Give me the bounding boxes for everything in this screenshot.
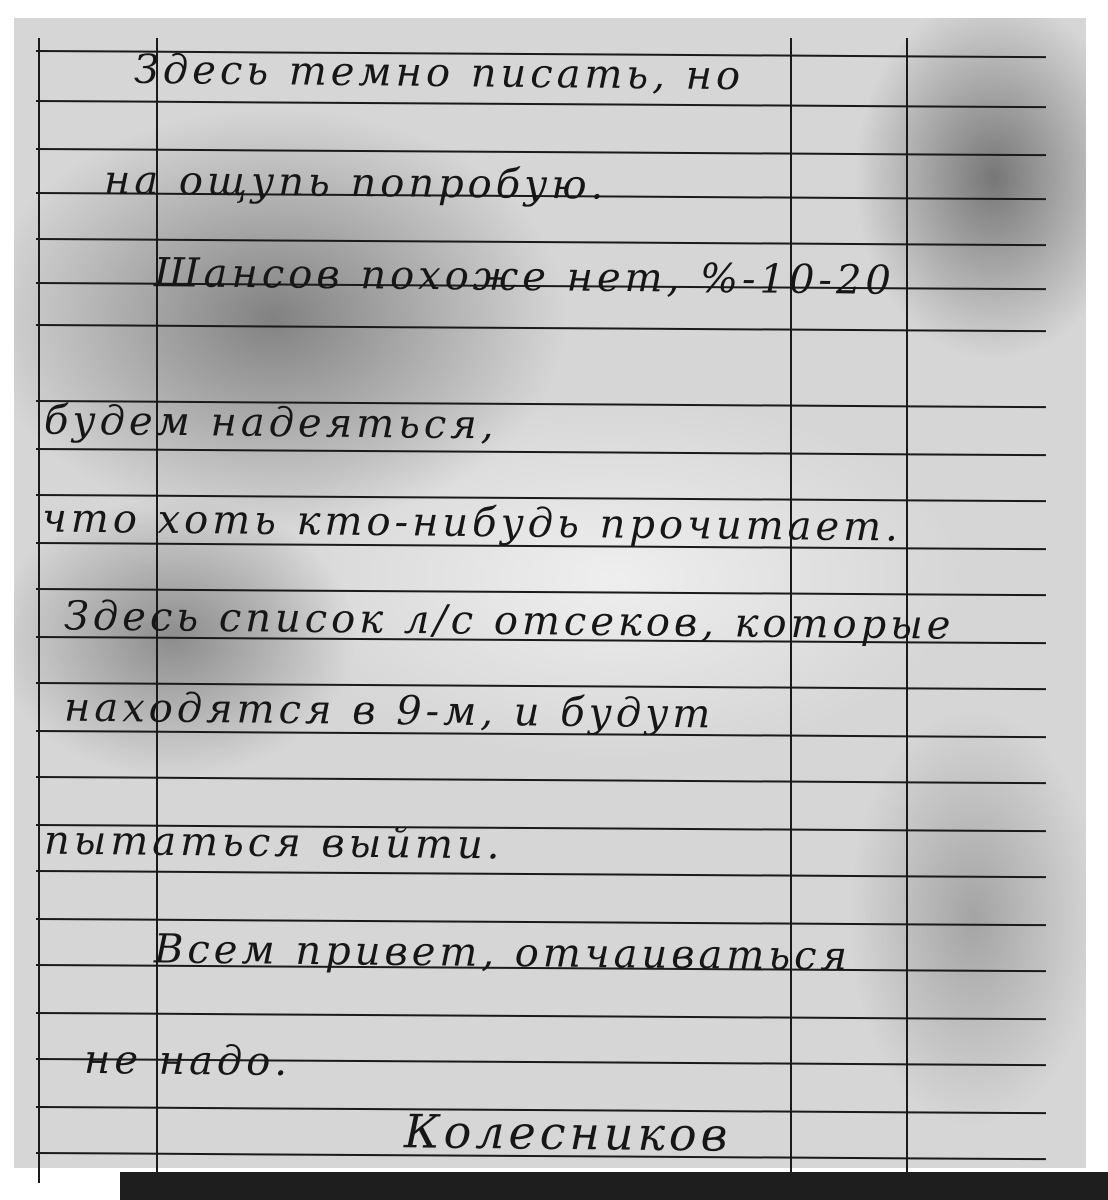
ruled-line (36, 100, 1046, 108)
note-line: будем надеяться, (44, 398, 498, 449)
photo-edge-shadow (120, 1172, 1108, 1200)
ruled-line (36, 870, 1046, 878)
ruled-line (36, 776, 1046, 784)
ruled-line (36, 1012, 1046, 1020)
note-line: Шансов похоже нет, %-10-20 (154, 250, 895, 304)
ruled-line (36, 918, 1046, 926)
note-line: Всем привет, отчаиваться (154, 926, 851, 979)
ruled-line (36, 238, 1046, 246)
ruled-line (36, 324, 1046, 332)
signature: Колесников (404, 1104, 732, 1161)
ruled-line (36, 448, 1046, 456)
note-line: пытаться выйти. (44, 818, 504, 869)
note-paper: Здесь темно писать, но на ощупь попробую… (14, 18, 1086, 1168)
note-line: Здесь темно писать, но (134, 47, 745, 99)
note-line: на ощупь попробую. (104, 157, 608, 208)
ruled-line (36, 148, 1046, 156)
note-line: что хоть кто-нибудь прочитает. (42, 495, 902, 550)
note-line: находятся в 9-м, и будут (64, 685, 715, 738)
margin-line (38, 38, 40, 1183)
note-line: Здесь список л/с отсеков, которые (64, 593, 955, 648)
note-line: не надо. (84, 1037, 292, 1085)
